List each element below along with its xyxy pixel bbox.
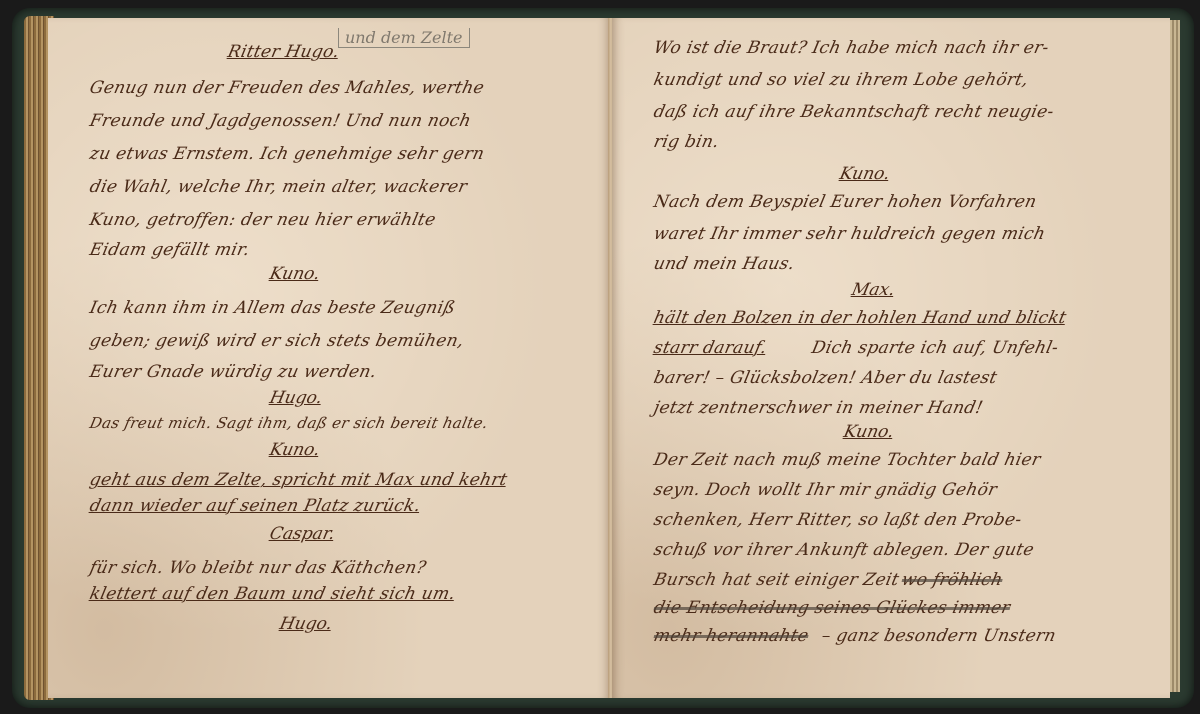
text-line: Dich sparte ich auf, Unfehl- xyxy=(810,338,1060,358)
stage-direction: geht aus dem Zelte, spricht mit Max und … xyxy=(88,470,509,490)
speaker-name: Kuno. xyxy=(268,440,322,460)
struck-text: mehr herannahte xyxy=(652,626,811,646)
stage-direction: klettert auf den Baum und sieht sich um. xyxy=(88,584,457,604)
text-line: Ich kann ihm in Allem das beste Zeugniß xyxy=(88,298,457,318)
struck-text: die Entscheidung seines Glückes immer xyxy=(652,598,1012,618)
heading-speaker: Ritter Hugo. xyxy=(226,42,341,62)
speaker-name: Kuno. xyxy=(268,264,322,284)
text-line: barer! – Glücksbolzen! Aber du lastest xyxy=(652,368,999,388)
speaker-name: Kuno. xyxy=(838,164,892,184)
text-line: jetzt zentnerschwer in meiner Hand! xyxy=(652,398,985,418)
text-line: waret Ihr immer sehr huldreich gegen mic… xyxy=(652,224,1047,244)
stage-direction: dann wieder auf seinen Platz zurück. xyxy=(88,496,423,516)
text-line: daß ich auf ihre Bekanntschaft recht neu… xyxy=(652,102,1056,122)
left-page: Ritter Hugo. und dem Zelte Genug nun der… xyxy=(48,18,610,698)
stage-direction: hält den Bolzen in der hohlen Hand und b… xyxy=(652,308,1068,328)
text-line: schenken, Herr Ritter, so laßt den Probe… xyxy=(652,510,1024,530)
text-line: rig bin. xyxy=(652,132,721,152)
text-line: für sich. Wo bleibt nur das Käthchen? xyxy=(88,558,428,578)
text-line: zu etwas Ernstem. Ich genehmige sehr ger… xyxy=(88,144,486,164)
speaker-name: Caspar. xyxy=(268,524,337,544)
text-line: seyn. Doch wollt Ihr mir gnädig Gehör xyxy=(652,480,999,500)
speaker-name: Max. xyxy=(850,280,897,300)
text-line: die Wahl, welche Ihr, mein alter, wacker… xyxy=(88,177,469,197)
text-line: Nach dem Beyspiel Eurer hohen Vorfahren xyxy=(652,192,1039,212)
text-line: Wo ist die Braut? Ich habe mich nach ihr… xyxy=(652,38,1051,58)
text-line: Eidam gefällt mir. xyxy=(88,240,252,260)
struck-text: wo fröhlich xyxy=(900,570,1005,590)
text-line: Das freut mich. Sagt ihm, daß er sich be… xyxy=(88,414,490,432)
speaker-name: Hugo. xyxy=(268,388,324,408)
speaker-name: Kuno. xyxy=(842,422,896,442)
text-line: schuß vor ihrer Ankunft ablegen. Der gut… xyxy=(652,540,1036,560)
text-line: – ganz besondern Unstern xyxy=(820,626,1058,646)
stage-direction: starr darauf. xyxy=(652,338,769,358)
text-line: kundigt und so viel zu ihrem Lobe gehört… xyxy=(652,70,1030,90)
text-line: Eurer Gnade würdig zu werden. xyxy=(88,362,379,382)
text-line: Der Zeit nach muß meine Tochter bald hie… xyxy=(652,450,1043,470)
right-page: Wo ist die Braut? Ich habe mich nach ihr… xyxy=(612,18,1170,698)
text-line: geben; gewiß wird er sich stets bemühen, xyxy=(88,331,466,351)
text-line: Kuno, getroffen: der neu hier erwählte xyxy=(88,210,438,230)
text-line: Genug nun der Freuden des Mahles, werthe xyxy=(88,78,486,98)
pencil-annotation: und dem Zelte xyxy=(338,28,470,48)
text-line: Bursch hat seit einiger Zeit xyxy=(652,570,901,590)
speaker-name: Hugo. xyxy=(278,614,334,634)
text-line: Freunde und Jagdgenossen! Und nun noch xyxy=(88,111,473,131)
text-line: und mein Haus. xyxy=(652,254,797,274)
